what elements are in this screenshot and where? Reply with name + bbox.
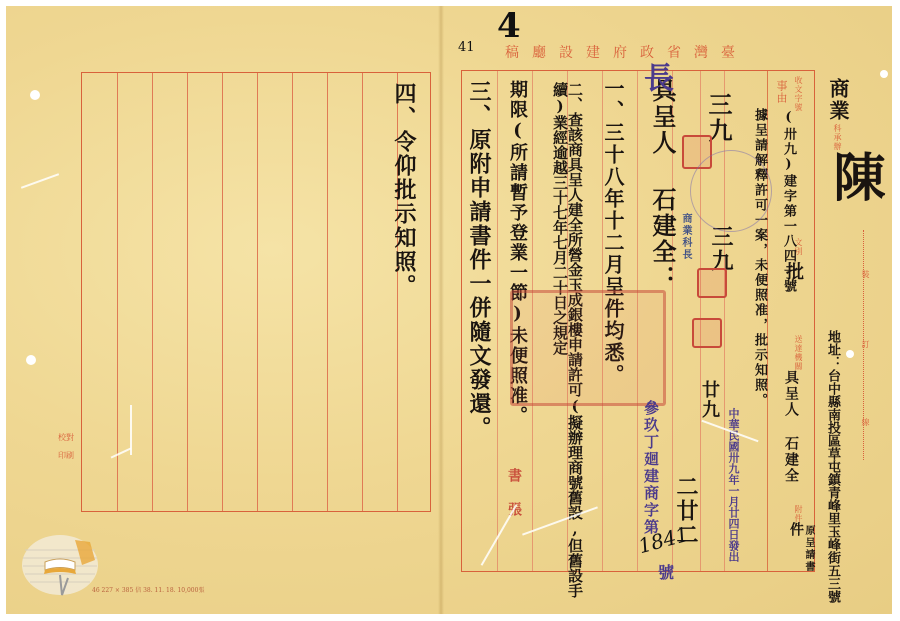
- binding-label-2: 訂: [860, 340, 871, 349]
- subject-label: 事由: [773, 80, 789, 104]
- recipient-label: 送達機關: [793, 335, 804, 371]
- red-seal-2: [697, 268, 727, 298]
- red-seal-3: [692, 318, 722, 348]
- binding-label-3: 線: [860, 418, 871, 427]
- punch-hole: [30, 90, 40, 100]
- attachment-value: 件: [789, 522, 803, 538]
- punch-hole: [846, 350, 854, 358]
- punch-hole: [880, 70, 888, 78]
- recipient-value: 具呈人 石建全: [784, 370, 798, 484]
- attachment-label: 附件: [793, 505, 804, 523]
- document-type-value: 批: [784, 262, 802, 282]
- approver-mark: 長: [640, 62, 670, 94]
- body-line-5: 三、原附申請書件一併隨文發還。: [468, 80, 490, 440]
- large-red-seal: [510, 290, 666, 406]
- receipt-no-label: 收文字號: [793, 76, 804, 112]
- binding-label-1: 裝: [860, 270, 871, 279]
- proofread-label: 校對: [58, 432, 74, 443]
- attachment-note: 原呈請書: [803, 525, 813, 573]
- clerk-note-2: 廿九: [700, 380, 718, 420]
- purple-dept-stamp: 參玖丁廻建商字第: [643, 400, 658, 536]
- binding-dotted-line: [863, 230, 864, 460]
- center-fold: [438, 6, 444, 614]
- page-number-pencil: 41: [458, 40, 475, 55]
- purple-postmark: [690, 150, 772, 232]
- section-label: 科承辦: [832, 124, 843, 151]
- archive-logo-icon: [20, 520, 120, 600]
- page-number-large: 4: [497, 6, 521, 46]
- body-line-4: 四、令仰批示知照。: [393, 82, 415, 298]
- margin-signature: 陳: [828, 150, 880, 204]
- section-name: 商業: [828, 78, 848, 122]
- clerk-note-1: 三九: [710, 225, 732, 273]
- left-ruled-grid: [81, 72, 431, 512]
- form-header-title: 臺灣省政府建設廳稿: [505, 42, 748, 62]
- punch-hole: [26, 355, 36, 365]
- section-chief-stamp: 商業科長: [680, 213, 690, 261]
- address-note: 地址：台中縣南投區草屯鎮青峰里玉峰街五三號: [826, 330, 839, 603]
- subject-value: 據呈請解釋許可一案，未便照准，批示知照。: [753, 108, 766, 408]
- print-label: 印刷: [58, 450, 74, 461]
- doc-number-suffix: 號: [658, 560, 674, 583]
- salutation: 具呈人 石建全：: [650, 78, 674, 291]
